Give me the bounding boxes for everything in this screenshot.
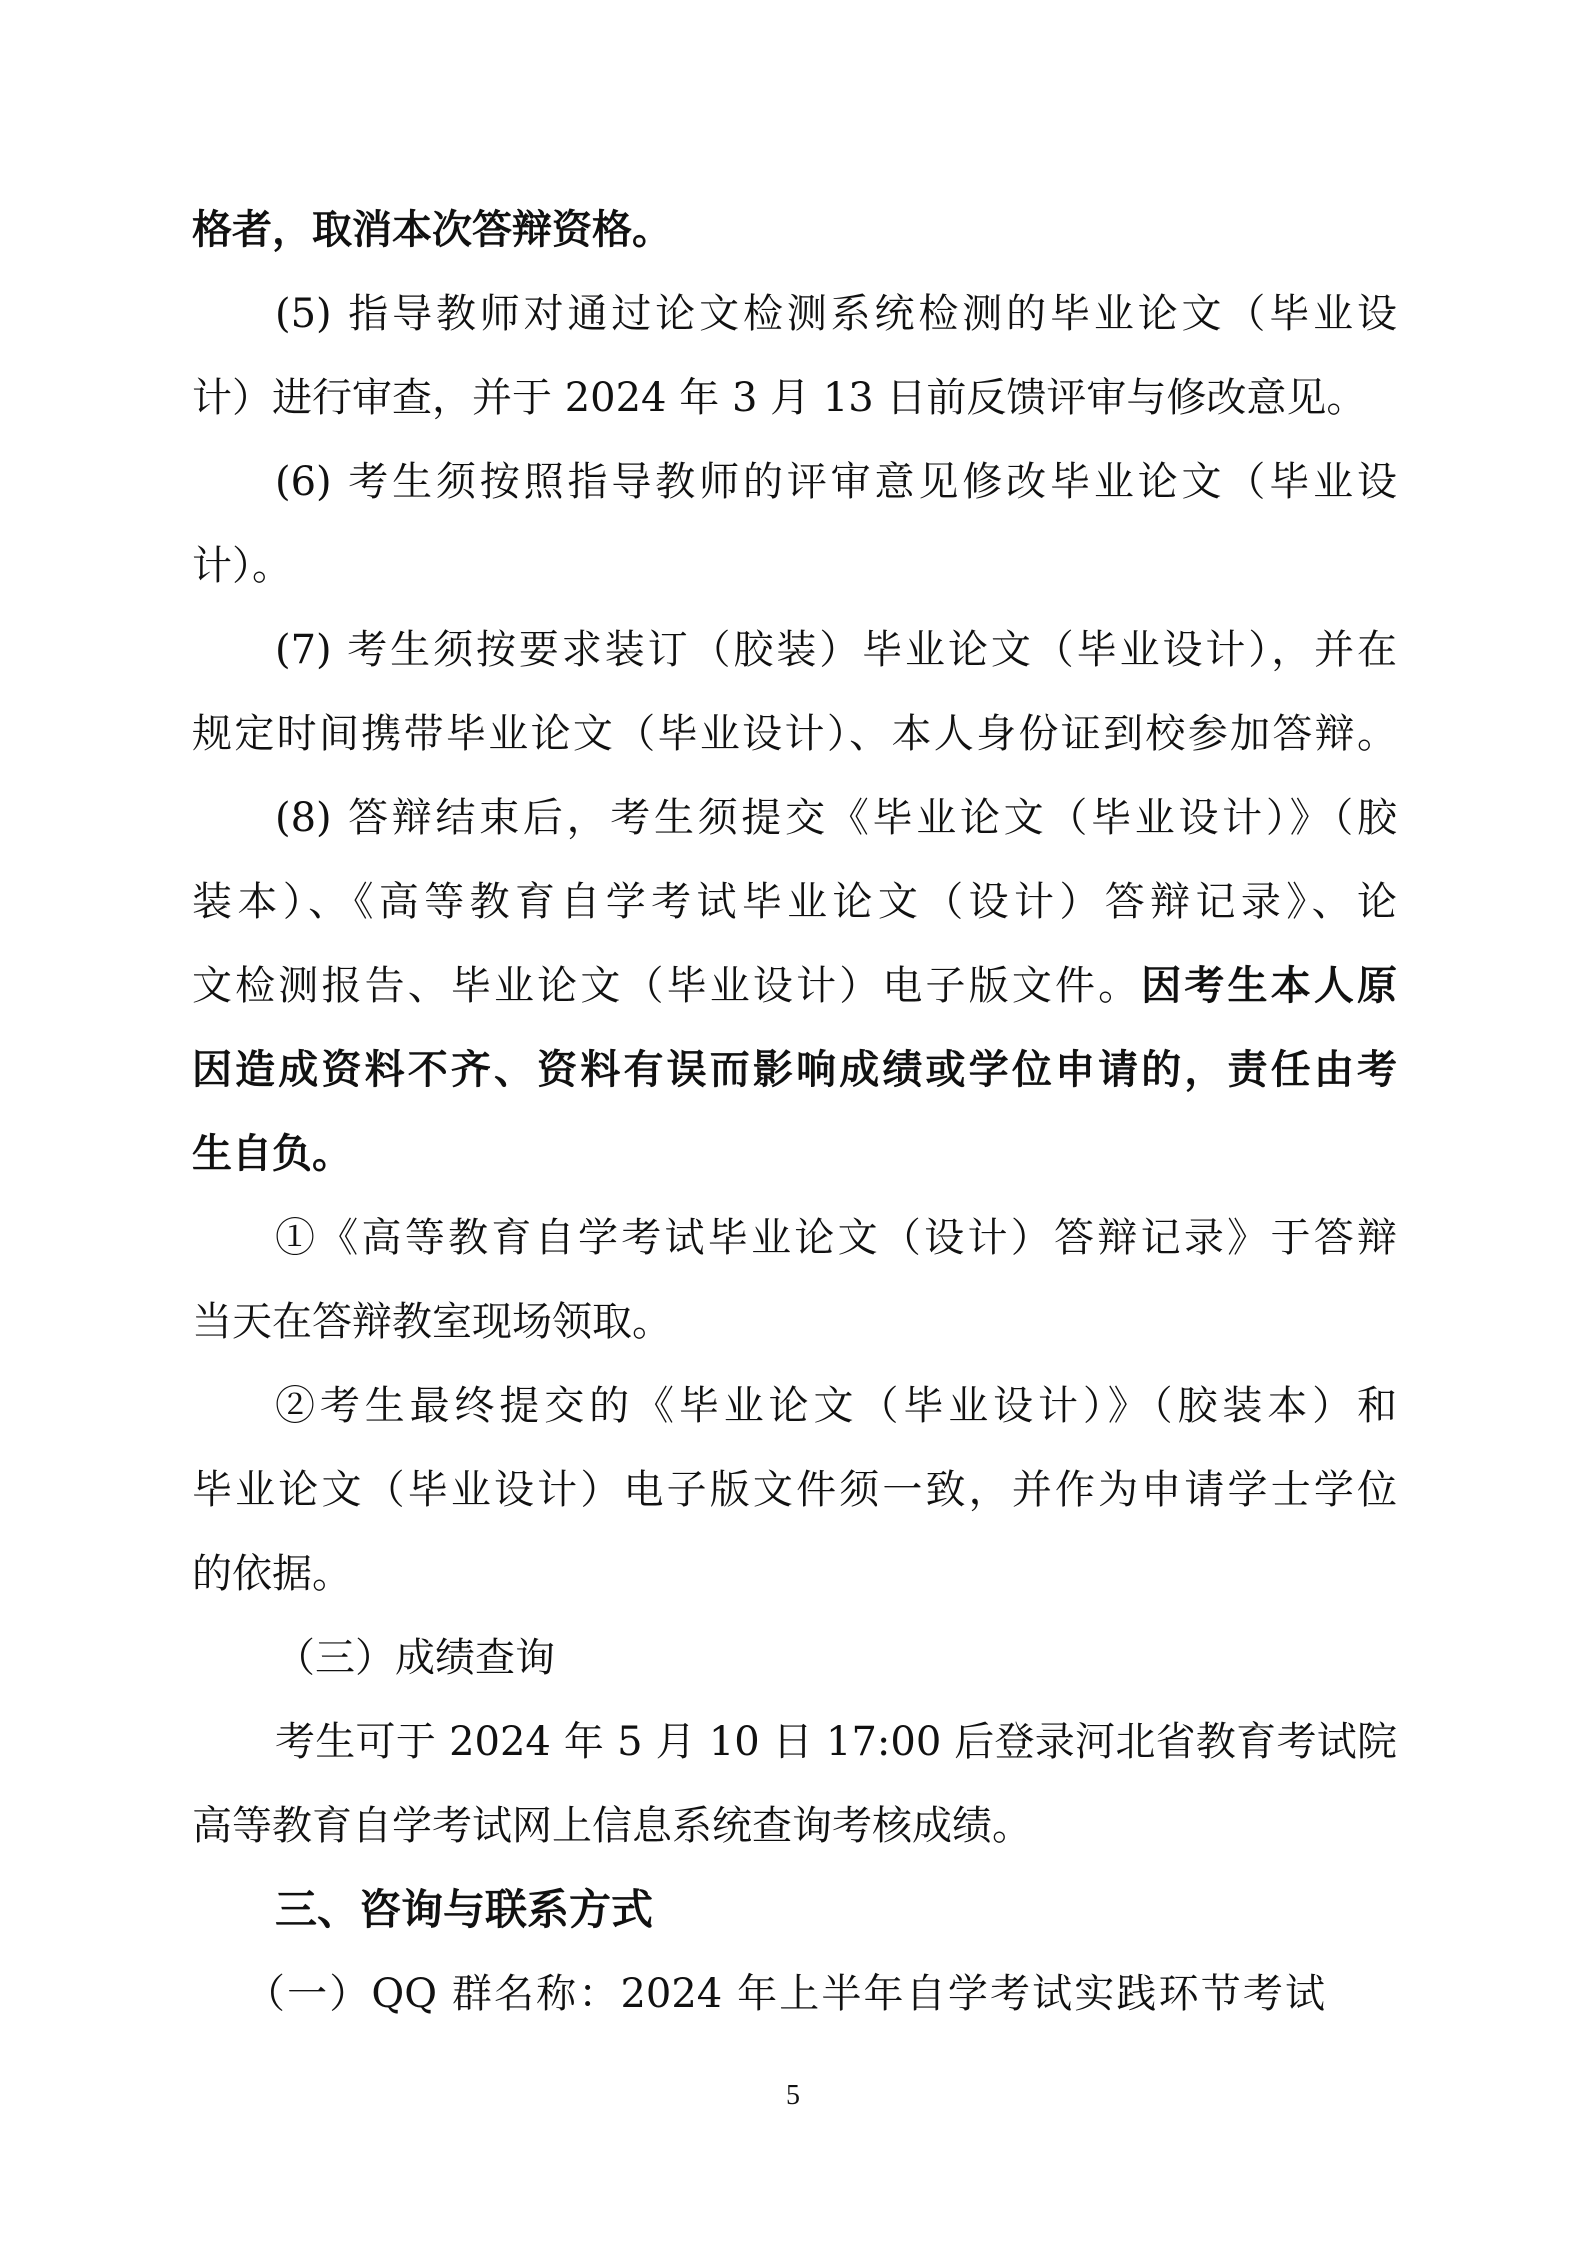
sub-item-2-line-1: ②考生最终提交的《毕业论文（毕业设计）》（胶装本）和 [275,1364,1397,1448]
item-7-line-1: (7) 考生须按要求装订（胶装）毕业论文（毕业设计），并在 [275,608,1397,692]
page-number: 5 [773,2080,813,2112]
item-7-line-2: 规定时间携带毕业论文（毕业设计）、本人身份证到校参加答辩。 [192,692,1397,776]
item-6-line-2: 计）。 [192,524,1397,608]
sub-item-1-line-2: 当天在答辩教室现场领取。 [192,1280,1397,1364]
item-8-line-5: 生自负。 [192,1112,1397,1196]
item-5-line-2: 计）进行审查，并于 2024 年 3 月 13 日前反馈评审与修改意见。 [192,356,1397,440]
item-8-line-1: (8) 答辩结束后，考生须提交《毕业论文（毕业设计）》（胶 [275,776,1397,860]
sub-item-2-line-2: 毕业论文（毕业设计）电子版文件须一致，并作为申请学士学位 [192,1448,1397,1532]
paragraph-4-continuation: 格者，取消本次答辩资格。 [192,188,1397,272]
score-query-line-2: 高等教育自学考试网上信息系统查询考核成绩。 [192,1784,1397,1868]
item-5-line-1: (5) 指导教师对通过论文检测系统检测的毕业论文（毕业设 [275,272,1397,356]
qq-group-name-line: （一）QQ 群名称：2024 年上半年自学考试实践环节考试 [245,1952,1325,2036]
item-6-line-1: (6) 考生须按照指导教师的评审意见修改毕业论文（毕业设 [275,440,1397,524]
section-heading-contact: 三、咨询与联系方式 [275,1868,1397,1952]
item-8-line-3-normal: 文检测报告、毕业论文（毕业设计）电子版文件。 [192,963,1141,1009]
item-8-line-3-bold: 因考生本人原 [1141,962,1397,1009]
document-page: 格者，取消本次答辩资格。 (5) 指导教师对通过论文检测系统检测的毕业论文（毕业… [0,0,1587,2245]
section-score-query-title: （三）成绩查询 [275,1616,1397,1700]
item-8-line-4: 因造成资料不齐、资料有误而影响成绩或学位申请的，责任由考 [192,1028,1397,1112]
item-8-line-2: 装本）、《高等教育自学考试毕业论文（设计）答辩记录》、论 [192,860,1397,944]
score-query-line-1: 考生可于 2024 年 5 月 10 日 17:00 后登录河北省教育考试院 [275,1700,1397,1784]
sub-item-1-line-1: ①《高等教育自学考试毕业论文（设计）答辩记录》于答辩 [275,1196,1397,1280]
sub-item-2-line-3: 的依据。 [192,1532,1397,1616]
item-8-line-3: 文检测报告、毕业论文（毕业设计）电子版文件。因考生本人原 [192,944,1397,1028]
